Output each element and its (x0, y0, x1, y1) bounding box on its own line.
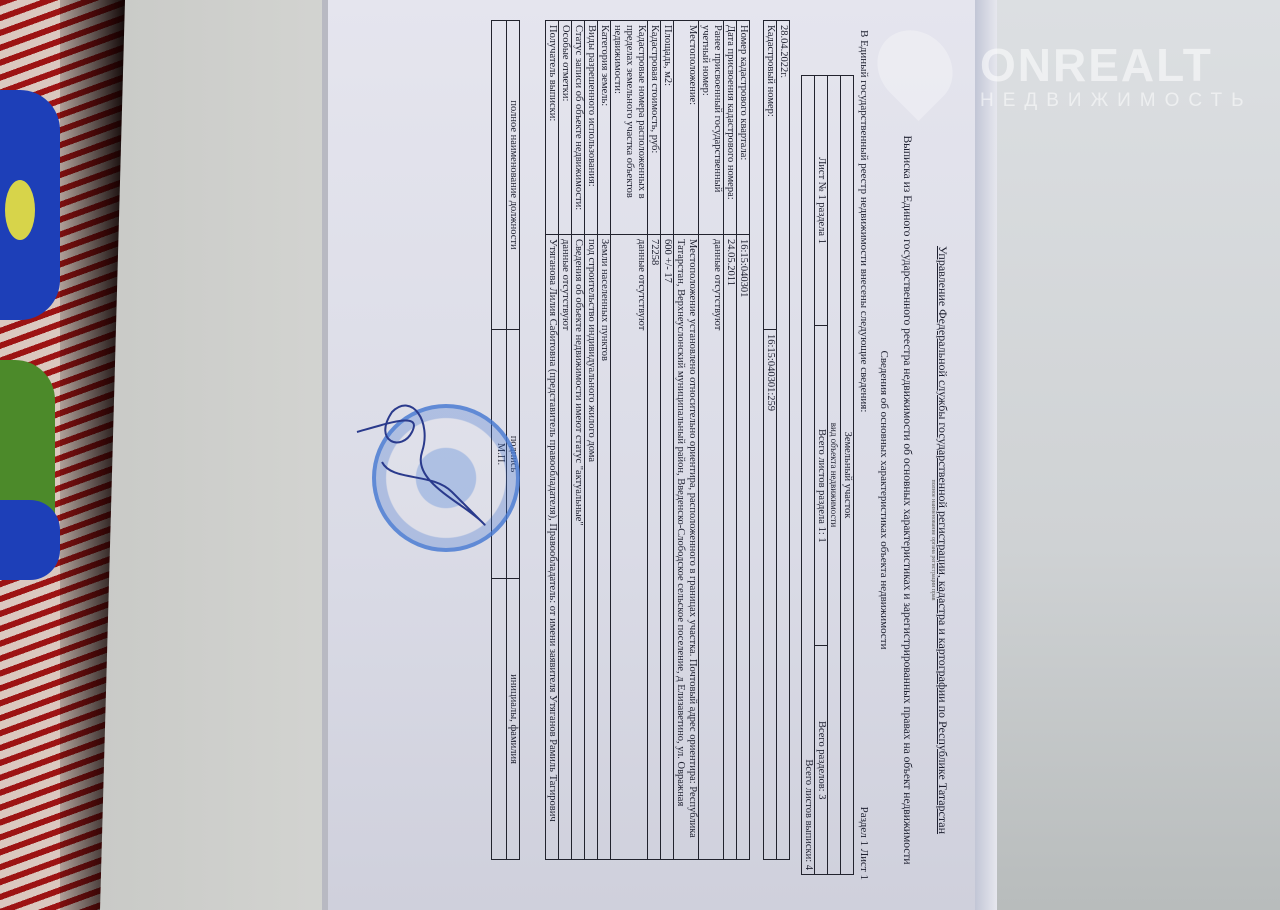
row-key: Категория земель: (598, 21, 611, 235)
cadastral-number-label: Кадастровый номер: (764, 21, 777, 330)
row-value: 72258 (648, 235, 661, 860)
signature-scribble (352, 392, 502, 532)
table-row: Дата присвоения кадастрового номера:24.0… (724, 21, 737, 860)
document-title: Выписка из Единого государственного реес… (901, 100, 913, 900)
egrn-extract-document: Управление Федеральной службы государств… (530, 20, 950, 880)
characteristics-table: Номер кадастрового квартала:16:15:040301… (545, 20, 750, 860)
row-key: Площадь, м2: (661, 21, 674, 235)
row-value: Земли населенных пунктов (598, 235, 611, 860)
row-key: Кадастровые номера расположенных в преде… (611, 21, 648, 235)
sections-total: Всего разделов: 3 (815, 646, 828, 875)
table-row: Ранее присвоенный государственный учетны… (699, 21, 724, 860)
table-row: Виды разрешенного использования:под стро… (585, 21, 598, 860)
table-row: Статус записи об объекте недвижимости:Св… (572, 21, 585, 860)
object-type-note: вид объекта недвижимости (828, 76, 841, 875)
sheet-number: Лист № 1 раздела 1 (815, 76, 828, 326)
row-value: данные отсутствуют (699, 235, 724, 860)
row-value: 600 +/- 17 (661, 235, 674, 860)
row-value: данные отсутствуют (611, 235, 648, 860)
row-key: Кадастровая стоимость, руб: (648, 21, 661, 235)
row-value: Утяганова Лилия Сабитовна (представитель… (546, 235, 559, 860)
object-type: Земельный участок (841, 76, 854, 875)
intro-text: В Единый государственный реестр недвижим… (858, 30, 870, 412)
table-row: Получатель выписки:Утяганова Лилия Сабит… (546, 21, 559, 860)
row-key: Дата присвоения кадастрового номера: (724, 21, 737, 235)
table-row: Кадастровые номера расположенных в преде… (611, 21, 648, 860)
table-row: Площадь, м2:600 +/- 17 (661, 21, 674, 860)
authority-note: полное наименование органа регистрации п… (930, 180, 936, 900)
onrealt-watermark: ONREALT НЕДВИЖИМОСТЬ (880, 28, 1260, 118)
background-right (975, 0, 1280, 910)
table-row: Категория земель:Земли населенных пункто… (598, 21, 611, 860)
row-value: данные отсутствуют (559, 235, 572, 860)
row-value: Местоположение установлено относительно … (674, 235, 699, 860)
row-key: Номер кадастрового квартала: (737, 21, 750, 235)
table-row: Номер кадастрового квартала:16:15:040301 (737, 21, 750, 860)
row-value: Сведения об объекте недвижимости имеют с… (572, 235, 585, 860)
row-key: Статус записи об объекте недвижимости: (572, 21, 585, 235)
table-row: Местоположение:Местоположение установлен… (674, 21, 699, 860)
row-value: под строительство индивидуального жилого… (585, 235, 598, 860)
position-label: полное наименование должности (507, 21, 520, 330)
cadastral-number-value: 16:15:040301:259 (764, 330, 777, 860)
name-label: инициалы, фамилия (507, 579, 520, 860)
authority-title: Управление Федеральной службы государств… (935, 180, 950, 900)
document-subtitle: Сведения об основных характеристиках объ… (878, 100, 890, 900)
row-key: Особые отметки: (559, 21, 572, 235)
row-value: 16:15:040301 (737, 235, 750, 860)
row-key: Получатель выписки: (546, 21, 559, 235)
row-key: Ранее присвоенный государственный учетны… (699, 21, 724, 235)
table-row: Особые отметки:данные отсутствуют (559, 21, 572, 860)
sheets-total: Всего листов выписки: 4 (802, 76, 815, 875)
watermark-tagline: НЕДВИЖИМОСТЬ (980, 90, 1253, 112)
table-row: Кадастровая стоимость, руб:72258 (648, 21, 661, 860)
date-cadastral-table: 28.04.2022г. Кадастровый номер: 16:15:04… (763, 20, 790, 860)
extract-date: 28.04.2022г. (777, 21, 790, 860)
row-value: 24.05.2011 (724, 235, 737, 860)
watermark-brand: ONREALT (980, 38, 1213, 92)
sheets-in-section: Всего листов раздела 1: 1 (815, 326, 828, 646)
header-table: Земельный участок вид объекта недвижимос… (801, 75, 854, 875)
section-label: Раздел 1 Лист 1 (858, 807, 870, 880)
row-key: Местоположение: (674, 21, 699, 235)
row-key: Виды разрешенного использования: (585, 21, 598, 235)
